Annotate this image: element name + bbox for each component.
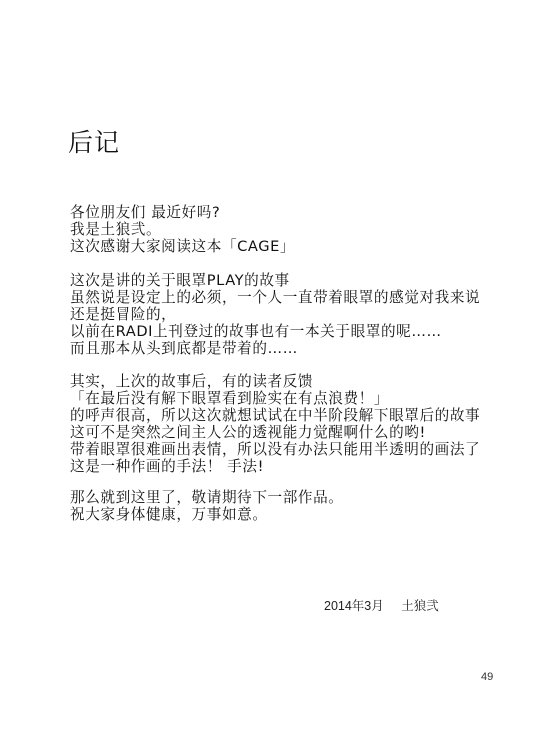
page-number: 49 [481, 671, 493, 684]
paragraph-closing: 那么就到这里了，敬请期待下一部作品。 祝大家身体健康，万事如意。 [70, 489, 344, 523]
text-line: 祝大家身体健康，万事如意。 [70, 506, 344, 523]
paragraph-reader-feedback: 其实，上次的故事后，有的读者反馈 「在最后没有解下眼罩看到脸实在有点浪费！」 的… [70, 373, 480, 475]
text-line: 这可不是突然之间主人公的透视能力觉醒啊什么的哟! [70, 424, 480, 441]
text-line: 其实，上次的故事后，有的读者反馈 [70, 373, 480, 390]
signature-date: 2014年3月 [324, 599, 384, 613]
text-line: 这次感谢大家阅读这本「CAGE」 [70, 238, 295, 255]
text-line: 这次是讲的关于眼罩PLAY的故事 [70, 272, 480, 289]
signature-author: 土狼弐 [401, 599, 439, 613]
page-title: 后记 [68, 128, 120, 158]
text-line: 虽然说是设定上的必须，一个人一直带着眼罩的感觉对我来说 [70, 289, 480, 306]
text-line: 各位朋友们 最近好吗? [70, 204, 295, 221]
paragraph-blindfold-story: 这次是讲的关于眼罩PLAY的故事 虽然说是设定上的必须，一个人一直带着眼罩的感觉… [70, 272, 480, 357]
text-line: 还是挺冒险的， [70, 306, 480, 323]
text-line: 我是土狼弐。 [70, 221, 295, 238]
signature: 2014年3月 土狼弐 [324, 598, 439, 614]
text-line: 以前在RADI上刊登过的故事也有一本关于眼罩的呢…… [70, 323, 480, 340]
paragraph-greeting: 各位朋友们 最近好吗? 我是土狼弐。 这次感谢大家阅读这本「CAGE」 [70, 204, 295, 255]
text-line: 的呼声很高，所以这次就想试试在中半阶段解下眼罩后的故事 [70, 407, 480, 424]
text-line: 「在最后没有解下眼罩看到脸实在有点浪费！」 [70, 390, 480, 407]
text-line: 带着眼罩很难画出表情，所以没有办法只能用半透明的画法了 [70, 441, 480, 458]
text-line: 而且那本从头到底都是带着的…… [70, 340, 480, 357]
text-line: 这是一种作画的手法！ 手法! [70, 458, 480, 475]
text-line: 那么就到这里了，敬请期待下一部作品。 [70, 489, 344, 506]
